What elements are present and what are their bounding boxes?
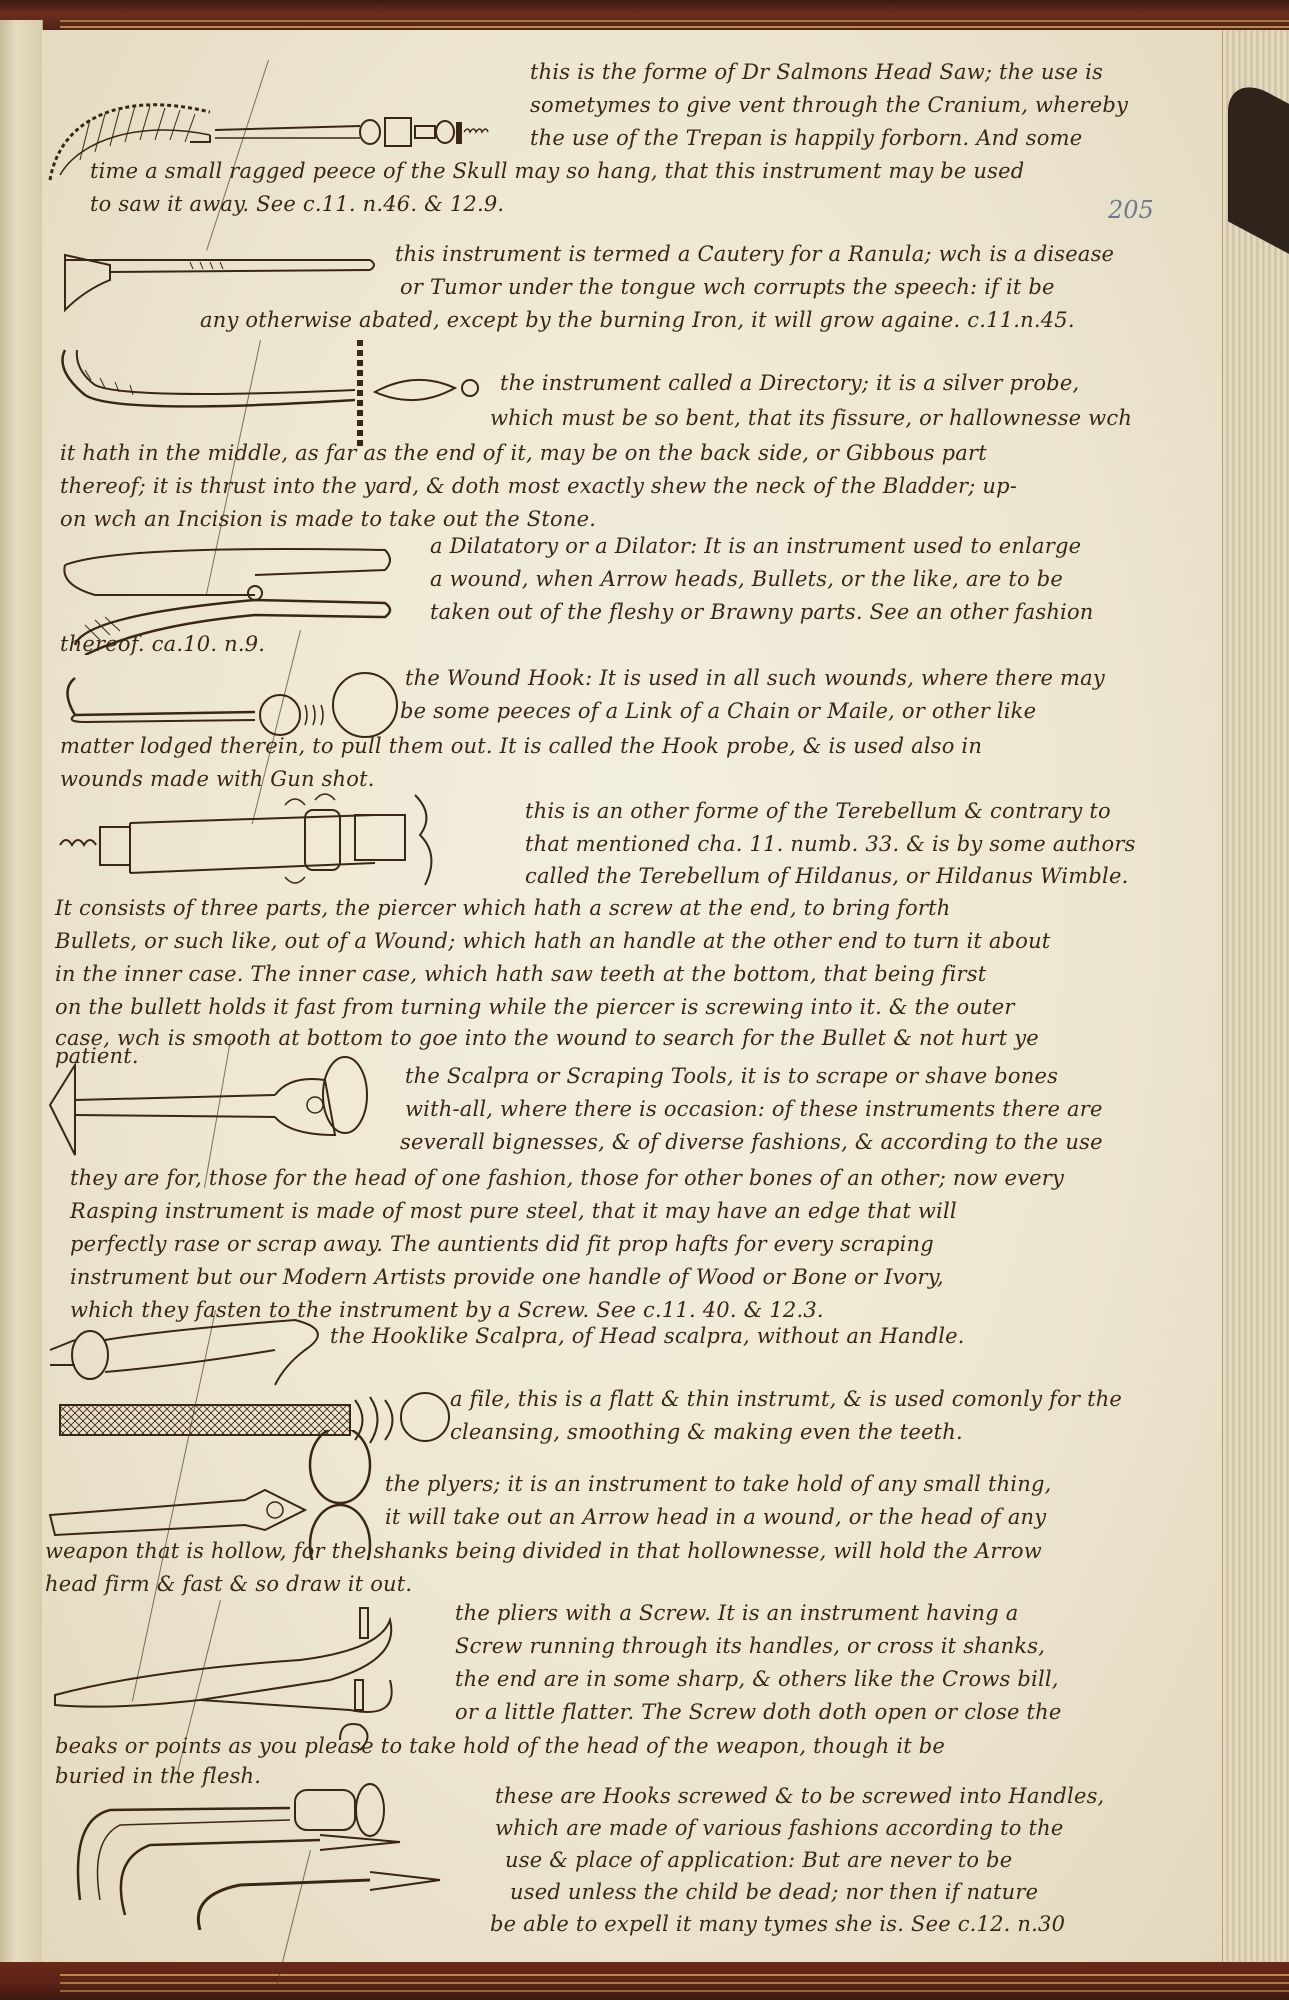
- text-line: be able to expell it many tymes she is. …: [490, 1908, 1065, 1941]
- text-line: called the Terebellum of Hildanus, or Hi…: [525, 860, 1128, 893]
- text-line: head firm & fast & so draw it out.: [45, 1568, 412, 1601]
- text-line: a file, this is a flatt & thin instrumt,…: [450, 1383, 1122, 1416]
- folio-number: 205: [1108, 196, 1154, 224]
- text-line: instrument but our Modern Artists provid…: [70, 1261, 944, 1294]
- text-line: which are made of various fashions accor…: [495, 1812, 1063, 1845]
- text-line: time a small ragged peece of the Skull m…: [90, 155, 1024, 188]
- text-line: perfectly rase or scrap away. The auntie…: [70, 1228, 934, 1261]
- text-line: the Hooklike Scalpra, of Head scalpra, w…: [330, 1320, 965, 1353]
- text-line: they are for, those for the head of one …: [70, 1162, 1064, 1195]
- text-line: sometymes to give vent through the Crani…: [530, 89, 1128, 122]
- text-line: the instrument called a Directory; it is…: [500, 367, 1079, 400]
- text-line: thereof. ca.10. n.9.: [60, 628, 265, 661]
- text-line: use & place of application: But are neve…: [505, 1844, 1012, 1877]
- text-line: the use of the Trepan is happily forborn…: [530, 122, 1082, 155]
- book-binding-top: [0, 0, 1289, 34]
- text-line: to saw it away. See c.11. n.46. & 12.9.: [90, 188, 504, 221]
- text-line: with-all, where there is occasion: of th…: [405, 1093, 1103, 1126]
- text-line: the pliers with a Screw. It is an instru…: [455, 1597, 1019, 1630]
- hooks-illustration: [70, 1780, 510, 1930]
- text-line: It consists of three parts, the piercer …: [55, 892, 950, 925]
- text-line: Screw running through its handles, or cr…: [455, 1630, 1045, 1663]
- text-line: Rasping instrument is made of most pure …: [70, 1195, 957, 1228]
- text-line: beaks or points as you please to take ho…: [55, 1730, 945, 1763]
- text-line: on the bullett holds it fast from turnin…: [55, 991, 1015, 1024]
- text-line: it will take out an Arrow head in a woun…: [385, 1501, 1046, 1534]
- book-gutter: [0, 20, 43, 1970]
- terebellum-illustration: [55, 785, 495, 895]
- text-line: this is an other forme of the Terebellum…: [525, 795, 1111, 828]
- text-line: wounds made with Gun shot.: [60, 763, 375, 796]
- text-line: in the inner case. The inner case, which…: [55, 958, 986, 991]
- text-line: the Wound Hook: It is used in all such w…: [405, 662, 1105, 695]
- text-line: or a little flatter. The Screw doth doth…: [455, 1696, 1062, 1729]
- text-line: the Scalpra or Scraping Tools, it is to …: [405, 1060, 1058, 1093]
- text-line: a Dilatatory or a Dilator: It is an inst…: [430, 530, 1081, 563]
- text-line: case, wch is smooth at bottom to goe int…: [55, 1022, 1039, 1055]
- text-line: matter lodged therein, to pull them out.…: [60, 730, 982, 763]
- text-line: cleansing, smoothing & making even the t…: [450, 1416, 963, 1449]
- text-line: buried in the flesh.: [55, 1760, 261, 1793]
- text-line: which must be so bent, that its fissure,…: [490, 402, 1132, 435]
- text-line: this instrument is termed a Cautery for …: [395, 238, 1114, 271]
- text-line: be some peeces of a Link of a Chain or M…: [400, 695, 1036, 728]
- text-line: used unless the child be dead; nor then …: [510, 1876, 1038, 1909]
- text-line: severall bignesses, & of diverse fashion…: [400, 1126, 1103, 1159]
- page-edges: [1222, 30, 1289, 1965]
- text-line: patient.: [55, 1040, 139, 1073]
- text-line: the end are in some sharp, & others like…: [455, 1663, 1059, 1696]
- text-line: any otherwise abated, except by the burn…: [200, 304, 1075, 337]
- text-line: Bullets, or such like, out of a Wound; w…: [55, 925, 1050, 958]
- text-line: a wound, when Arrow heads, Bullets, or t…: [430, 563, 1063, 596]
- text-line: or Tumor under the tongue wch corrupts t…: [400, 271, 1055, 304]
- directory-illustration: [55, 340, 495, 450]
- text-line: that mentioned cha. 11. numb. 33. & is b…: [525, 828, 1136, 861]
- text-line: thereof; it is thrust into the yard, & d…: [60, 470, 1017, 503]
- text-line: weapon that is hollow, for the shanks be…: [45, 1535, 1042, 1568]
- text-line: the plyers; it is an instrument to take …: [385, 1468, 1051, 1501]
- text-line: taken out of the fleshy or Brawny parts.…: [430, 596, 1094, 629]
- text-line: these are Hooks screwed & to be screwed …: [495, 1780, 1104, 1813]
- text-line: it hath in the middle, as far as the end…: [60, 437, 987, 470]
- book-binding-bottom: [0, 1962, 1289, 2000]
- text-line: this is the forme of Dr Salmons Head Saw…: [530, 56, 1103, 89]
